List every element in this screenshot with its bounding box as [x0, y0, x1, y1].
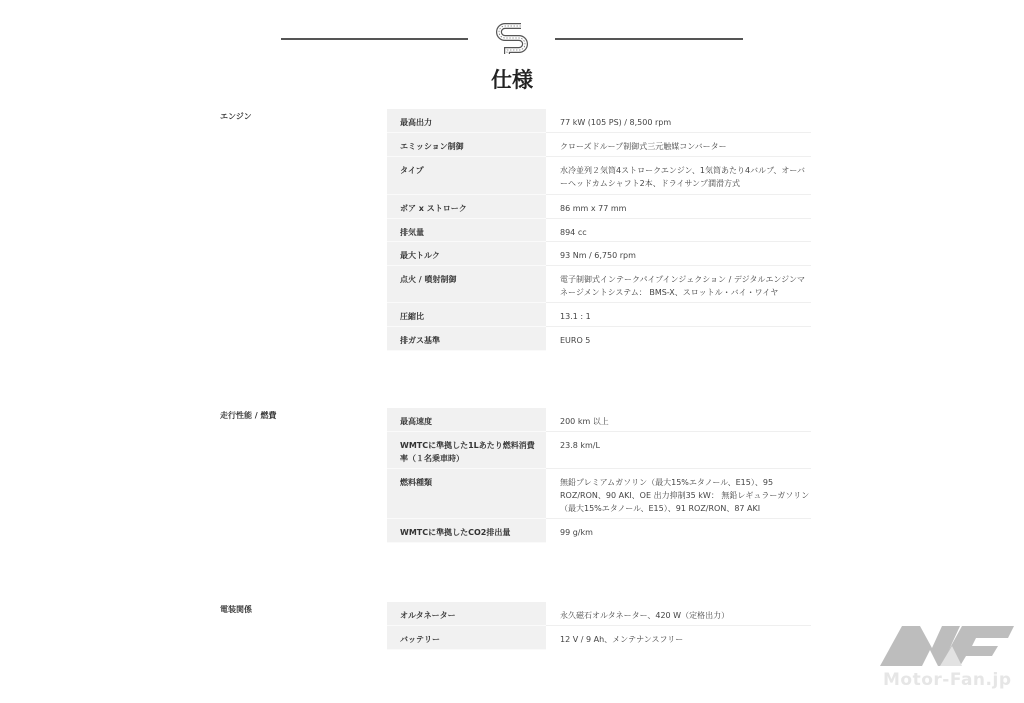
spec-key: バッテリー — [387, 626, 546, 650]
spec-key: 圧縮比 — [387, 303, 546, 327]
spec-value: 86 mm x 77 mm — [546, 195, 811, 219]
table-row: オルタネーター永久磁石オルタネーター、420 W（定格出力） — [387, 602, 811, 626]
table-row: 排気量894 cc — [387, 219, 811, 242]
spec-value: 23.8 km/L — [546, 432, 811, 469]
spec-value: 77 kW (105 PS) / 8,500 rpm — [546, 109, 811, 133]
winding-road-icon — [495, 22, 529, 56]
section-label-engine: エンジン — [220, 111, 252, 122]
table-row: WMTCに準拠した1Lあたり燃料消費率（１名乗車時）23.8 km/L — [387, 432, 811, 469]
page-title: 仕様 — [0, 64, 1024, 94]
spec-key: オルタネーター — [387, 602, 546, 626]
divider-right — [555, 38, 743, 40]
spec-table-engine: 最高出力77 kW (105 PS) / 8,500 rpm エミッション制御ク… — [387, 109, 811, 351]
watermark-text: Motor-Fan.jp — [883, 670, 1012, 690]
spec-table-electrical: オルタネーター永久磁石オルタネーター、420 W（定格出力） バッテリー12 V… — [387, 602, 811, 650]
spec-key: 排気量 — [387, 219, 546, 242]
table-row: WMTCに準拠したCO2排出量99 g/km — [387, 519, 811, 543]
spec-value: 無鉛プレミアムガソリン（最大15%エタノール、E15）、95 ROZ/RON、9… — [546, 469, 811, 519]
spec-value: EURO 5 — [546, 327, 811, 351]
table-row: 点火 / 噴射制御電子制御式インテークパイプインジェクション / デジタルエンジ… — [387, 266, 811, 303]
spec-value: 水冷並列２気筒4ストロークエンジン、1気筒あたり4バルブ、オーバーヘッドカムシャ… — [546, 157, 811, 195]
table-row: タイプ水冷並列２気筒4ストロークエンジン、1気筒あたり4バルブ、オーバーヘッドカ… — [387, 157, 811, 195]
spec-value: 99 g/km — [546, 519, 811, 543]
spec-key: タイプ — [387, 157, 546, 195]
spec-table-performance: 最高速度200 km 以上 WMTCに準拠した1Lあたり燃料消費率（１名乗車時）… — [387, 408, 811, 543]
spec-value: 200 km 以上 — [546, 408, 811, 432]
spec-key: 最高速度 — [387, 408, 546, 432]
spec-key: エミッション制御 — [387, 133, 546, 157]
table-row: 排ガス基準EURO 5 — [387, 327, 811, 351]
table-row: ボア x ストローク86 mm x 77 mm — [387, 195, 811, 219]
table-row: 燃料種類無鉛プレミアムガソリン（最大15%エタノール、E15）、95 ROZ/R… — [387, 469, 811, 519]
spec-key: 点火 / 噴射制御 — [387, 266, 546, 303]
table-row: 最高速度200 km 以上 — [387, 408, 811, 432]
table-row: バッテリー12 V / 9 Ah、メンテナンスフリー — [387, 626, 811, 650]
table-row: 最大トルク93 Nm / 6,750 rpm — [387, 242, 811, 266]
spec-key: WMTCに準拠した1Lあたり燃料消費率（１名乗車時） — [387, 432, 546, 469]
spec-key: WMTCに準拠したCO2排出量 — [387, 519, 546, 543]
spec-value: 13.1 : 1 — [546, 303, 811, 327]
spec-value: 永久磁石オルタネーター、420 W（定格出力） — [546, 602, 811, 626]
section-label-electrical: 電装関係 — [220, 604, 252, 615]
spec-value: 93 Nm / 6,750 rpm — [546, 242, 811, 266]
spec-value: クローズドループ制御式三元触媒コンバーター — [546, 133, 811, 157]
divider-left — [281, 38, 468, 40]
spec-key: 燃料種類 — [387, 469, 546, 519]
spec-value: 12 V / 9 Ah、メンテナンスフリー — [546, 626, 811, 650]
spec-key: ボア x ストローク — [387, 195, 546, 219]
spec-key: 排ガス基準 — [387, 327, 546, 351]
section-label-performance: 走行性能 / 燃費 — [220, 410, 277, 421]
table-row: エミッション制御クローズドループ制御式三元触媒コンバーター — [387, 133, 811, 157]
spec-key: 最高出力 — [387, 109, 546, 133]
spec-key: 最大トルク — [387, 242, 546, 266]
spec-value: 電子制御式インテークパイプインジェクション / デジタルエンジンマネージメントシ… — [546, 266, 811, 303]
table-row: 最高出力77 kW (105 PS) / 8,500 rpm — [387, 109, 811, 133]
spec-value: 894 cc — [546, 219, 811, 242]
table-row: 圧縮比13.1 : 1 — [387, 303, 811, 327]
